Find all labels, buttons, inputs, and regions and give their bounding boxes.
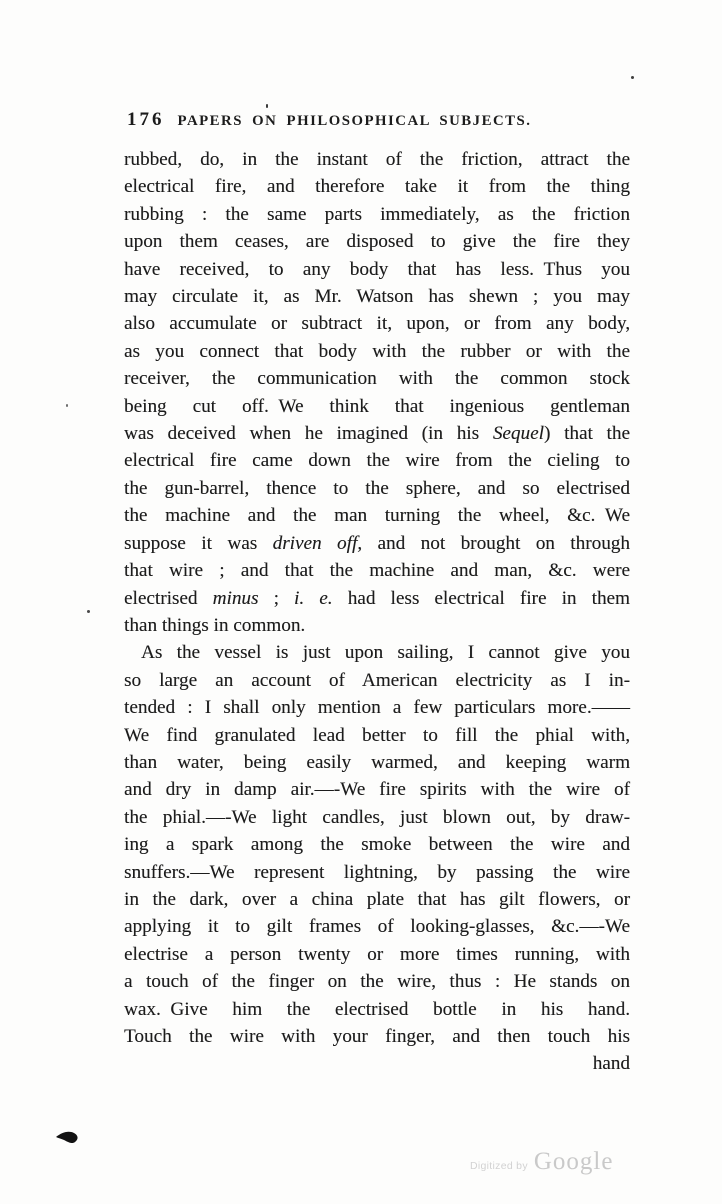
text-line: than water, being easily warmed, and kee… bbox=[124, 749, 630, 776]
text-line: Touch the wire with your finger, and the… bbox=[124, 1023, 630, 1050]
text-line: also accumulate or subtract it, upon, or… bbox=[124, 310, 630, 337]
page-number: 176 bbox=[127, 109, 165, 131]
watermark: Digitized by Google bbox=[470, 1148, 613, 1176]
text-line: snuffers.—We represent lightning, by pas… bbox=[124, 859, 630, 886]
text-line: being cut off. We think that ingenious g… bbox=[124, 393, 630, 420]
text-line: suppose it was driven off, and not broug… bbox=[124, 530, 630, 557]
text-line: than things in common. bbox=[124, 612, 630, 639]
text-line: receiver, the communication with the com… bbox=[124, 365, 630, 392]
text-line: upon them ceases, are disposed to give t… bbox=[124, 228, 630, 255]
text-line: a touch of the finger on the wire, thus … bbox=[124, 968, 630, 995]
text-line: and dry in damp air.—-We fire spirits wi… bbox=[124, 776, 630, 803]
text-line: electrise a person twenty or more times … bbox=[124, 941, 630, 968]
ink-blot bbox=[56, 1129, 84, 1149]
text-block: rubbed, do, in the instant of the fricti… bbox=[124, 146, 630, 1078]
text-line: tended : I shall only mention a few part… bbox=[124, 694, 630, 721]
text-line: rubbing : the same parts immediately, as… bbox=[124, 201, 630, 228]
catchword: hand bbox=[124, 1050, 630, 1077]
text-line: as you connect that body with the rubber… bbox=[124, 338, 630, 365]
google-logo: Google bbox=[534, 1148, 614, 1176]
text-line: have received, to any body that has less… bbox=[124, 256, 630, 283]
text-line: As the vessel is just upon sailing, I ca… bbox=[124, 639, 630, 666]
scan-speck bbox=[87, 610, 90, 613]
scan-speck bbox=[631, 76, 634, 79]
text-line: applying it to gilt frames of looking-gl… bbox=[124, 913, 630, 940]
text-line: rubbed, do, in the instant of the fricti… bbox=[124, 146, 630, 173]
text-line: may circulate it, as Mr. Watson has shew… bbox=[124, 283, 630, 310]
text-line: was deceived when he imagined (in his Se… bbox=[124, 420, 630, 447]
text-line: ing a spark among the smoke between the … bbox=[124, 831, 630, 858]
text-line: in the dark, over a china plate that has… bbox=[124, 886, 630, 913]
text-line: so large an account of American electric… bbox=[124, 667, 630, 694]
scan-speck bbox=[66, 404, 68, 407]
scanned-book-page: { "page": { "background": "#fdfdfc", "in… bbox=[0, 0, 722, 1204]
running-title: PAPERS ON PHILOSOPHICAL SUBJECTS. bbox=[178, 113, 532, 130]
text-line: the gun-barrel, thence to the sphere, an… bbox=[124, 475, 630, 502]
scan-speck bbox=[266, 104, 268, 108]
watermark-prefix: Digitized by bbox=[470, 1160, 528, 1172]
text-line: that wire ; and that the machine and man… bbox=[124, 557, 630, 584]
text-line: the phial.—-We light candles, just blown… bbox=[124, 804, 630, 831]
text-line: electrical fire, and therefore take it f… bbox=[124, 173, 630, 200]
text-line: We find granulated lead better to fill t… bbox=[124, 722, 630, 749]
text-line: electrised minus ; i. e. had less electr… bbox=[124, 585, 630, 612]
text-line: wax. Give him the electrised bottle in h… bbox=[124, 996, 630, 1023]
page-header: 176 PAPERS ON PHILOSOPHICAL SUBJECTS. bbox=[127, 109, 531, 131]
text-line: electrical fire came down the wire from … bbox=[124, 447, 630, 474]
text-line: the machine and the man turning the whee… bbox=[124, 502, 630, 529]
